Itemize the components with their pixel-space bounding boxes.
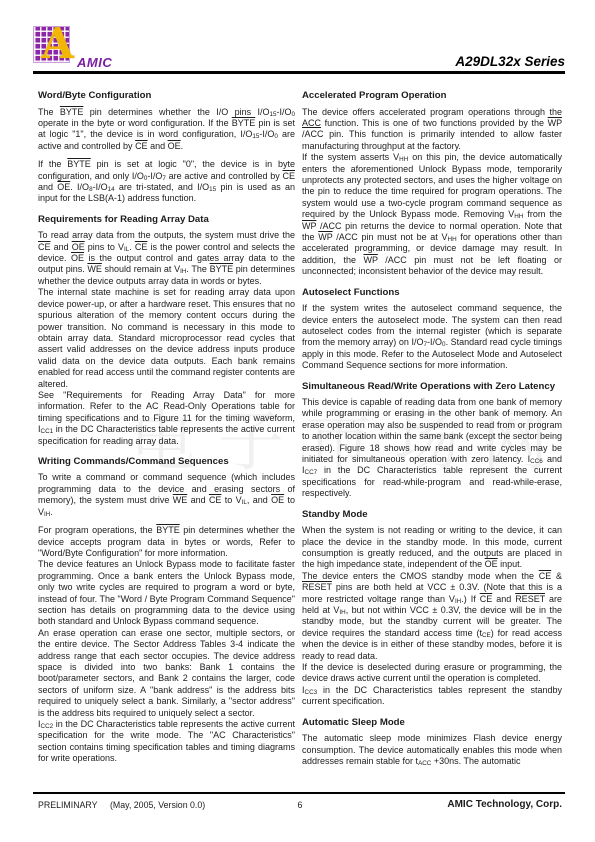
- datasheet-page: A AMIC A29DL32x Series 电子市场网 Word/Byte C…: [0, 0, 595, 842]
- paragraph: The automatic sleep mode minimizes Flash…: [302, 733, 562, 767]
- paragraph: To read array data from the outputs, the…: [38, 230, 295, 287]
- amic-logo-letter: A: [39, 20, 76, 68]
- paragraph: For program operations, the BYTE pin det…: [38, 525, 295, 559]
- page-header: A AMIC A29DL32x Series: [33, 26, 565, 70]
- page-footer: PRELIMINARY (May, 2005, Version 0.0) 6 A…: [38, 800, 562, 814]
- section-heading: Standby Mode: [302, 509, 562, 521]
- brand-wordmark: AMIC: [77, 55, 112, 70]
- amic-logo-icon: A: [33, 26, 70, 63]
- section-heading: Accelerated Program Operation: [302, 90, 562, 102]
- paragraph: The BYTE pin determines whether the I/O …: [38, 107, 295, 153]
- paragraph: To write a command or command sequence (…: [38, 472, 295, 518]
- paragraph: If the device is deselected during erasu…: [302, 662, 562, 685]
- paragraph: If the system writes the autoselect comm…: [302, 303, 562, 371]
- paragraph: When the system is not reading or writin…: [302, 525, 562, 571]
- section-heading: Simultaneous Read/Write Operations with …: [302, 381, 562, 393]
- section-heading: Writing Commands/Command Sequences: [38, 456, 295, 468]
- footer-divider: [33, 792, 565, 794]
- series-title: A29DL32x Series: [455, 54, 565, 69]
- paragraph: ICC3 in the DC Characteristics tables re…: [302, 685, 562, 708]
- paragraph: This device is capable of reading data f…: [302, 397, 562, 500]
- document-body: Word/Byte ConfigurationThe BYTE pin dete…: [38, 88, 562, 767]
- paragraph: The device features an Unlock Bypass mod…: [38, 559, 295, 627]
- section-heading: Word/Byte Configuration: [38, 90, 295, 102]
- section-heading: Automatic Sleep Mode: [302, 717, 562, 729]
- paragraph: ICC2 in the DC Characteristics table rep…: [38, 719, 295, 765]
- section-heading: Autoselect Functions: [302, 287, 562, 299]
- paragraph: An erase operation can erase one sector,…: [38, 628, 295, 719]
- paragraph: The device enters the CMOS standby mode …: [302, 571, 562, 662]
- paragraph: If the BYTE pin is set at logic "0", the…: [38, 159, 295, 205]
- paragraph: See "Requirements for Reading Array Data…: [38, 390, 295, 447]
- footer-company: AMIC Technology, Corp.: [447, 799, 562, 810]
- header-divider: [33, 71, 565, 74]
- paragraph: If the system asserts VHH on this pin, t…: [302, 152, 562, 277]
- left-column: Word/Byte ConfigurationThe BYTE pin dete…: [38, 88, 295, 767]
- paragraph: The device offers accelerated program op…: [302, 107, 562, 153]
- section-heading: Requirements for Reading Array Data: [38, 214, 295, 226]
- paragraph: The internal state machine is set for re…: [38, 287, 295, 390]
- right-column: Accelerated Program OperationThe device …: [302, 88, 562, 767]
